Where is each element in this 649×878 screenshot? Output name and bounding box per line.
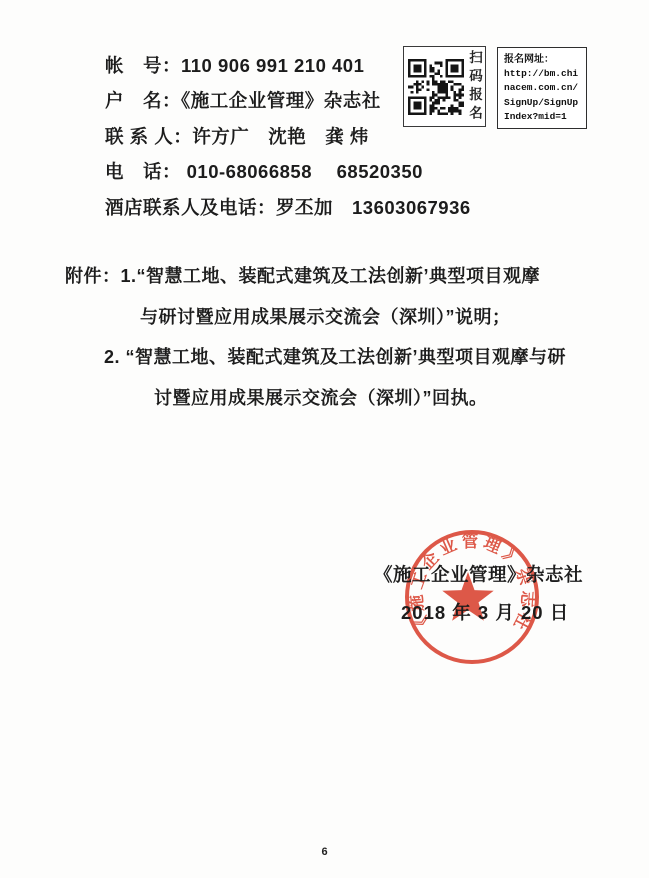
signature-date: 2018 年 3 月 20 日 <box>401 599 569 625</box>
attachments-block: 附件：1.“智慧工地、装配式建筑及工法创新’典型项目观摩 与研讨暨应用成果展示交… <box>0 256 649 418</box>
attachment-1-line-1: 附件：1.“智慧工地、装配式建筑及工法创新’典型项目观摩 <box>0 256 649 297</box>
signup-url-box: 报名网址： http://bm.chi nacem.com.cn/ SignUp… <box>497 47 587 129</box>
signature-organization: 《施工企业管理》杂志社 <box>374 561 583 587</box>
hotel-contact-line: 酒店联系人及电话：罗丕加 13603067936 <box>105 190 525 225</box>
attachment-2-line-1: 2. “智慧工地、装配式建筑及工法创新’典型项目观摩与研 <box>0 337 649 378</box>
qr-code <box>408 59 464 115</box>
page-number: 6 <box>0 846 649 858</box>
signup-url-line: nacem.com.cn/ <box>504 81 586 95</box>
signup-url-title: 报名网址： <box>504 53 586 67</box>
qr-scan-label: 扫码报名 <box>466 50 482 124</box>
document-page: 帐 号：110 906 991 210 401 户 名：《施工企业管理》杂志社 … <box>0 0 649 878</box>
qr-signup-box: 扫码报名 <box>403 46 486 127</box>
phone-line: 电 话： 010-68066858 68520350 <box>105 154 525 189</box>
attachment-2-line-2: 讨暨应用成果展示交流会（深圳）”回执。 <box>0 378 649 419</box>
signup-url-line: Index?mid=1 <box>504 110 586 124</box>
attachment-1-line-2: 与研讨暨应用成果展示交流会（深圳）”说明； <box>0 297 649 338</box>
signup-url-line: SignUp/SignUp <box>504 96 586 110</box>
signup-url-line: http://bm.chi <box>504 67 586 81</box>
